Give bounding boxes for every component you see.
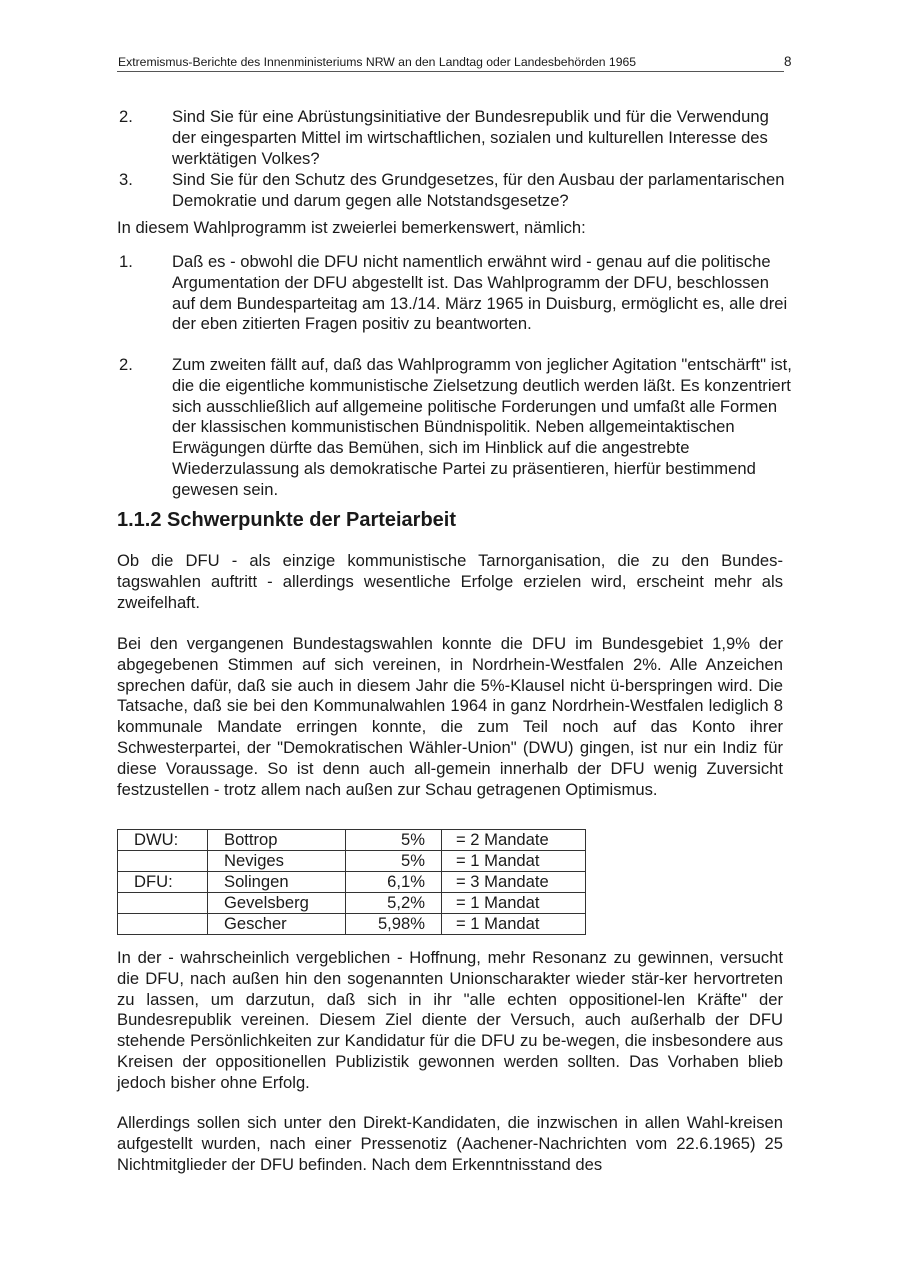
page-number: 8 (784, 54, 792, 69)
cell-percent: 6,1% (346, 872, 442, 893)
cell-mandates: = 1 Mandat (442, 914, 586, 935)
cell-mandates: = 1 Mandat (442, 893, 586, 914)
cell-percent: 5% (346, 851, 442, 872)
item-number: 2. (119, 355, 133, 376)
table-row: DFU:Solingen6,1%= 3 Mandate (118, 872, 586, 893)
cell-mandates: = 2 Mandate (442, 830, 586, 851)
cell-mandates: = 3 Mandate (442, 872, 586, 893)
page-header: Extremismus-Berichte des Innenministeriu… (117, 53, 784, 72)
item-text: Sind Sie für eine Abrüstungsinitiative d… (172, 107, 792, 169)
item-text: Daß es - obwohl die DFU nicht namentlich… (172, 252, 792, 335)
item-text: Zum zweiten fällt auf, daß das Wahlprogr… (172, 355, 792, 501)
table-row: Neviges5%= 1 Mandat (118, 851, 586, 872)
header-title: Extremismus-Berichte des Innenministeriu… (118, 55, 636, 69)
cell-mandates: = 1 Mandat (442, 851, 586, 872)
cell-percent: 5,98% (346, 914, 442, 935)
intro-paragraph: In diesem Wahlprogramm ist zweierlei bem… (117, 218, 783, 239)
cell-party: DWU: (118, 830, 208, 851)
paragraph: Ob die DFU - als einzige kommunistische … (117, 551, 783, 613)
cell-town: Gevelsberg (208, 893, 346, 914)
cell-town: Bottrop (208, 830, 346, 851)
paragraph: Bei den vergangenen Bundestagswahlen kon… (117, 634, 783, 800)
results-table: DWU:Bottrop5%= 2 MandateNeviges5%= 1 Man… (117, 829, 586, 935)
cell-town: Neviges (208, 851, 346, 872)
item-number: 2. (119, 107, 133, 128)
table-row: Gevelsberg5,2%= 1 Mandat (118, 893, 586, 914)
cell-town: Gescher (208, 914, 346, 935)
item-number: 1. (119, 252, 133, 273)
cell-percent: 5,2% (346, 893, 442, 914)
item-text: Sind Sie für den Schutz des Grundgesetze… (172, 170, 792, 212)
paragraph: Allerdings sollen sich unter den Direkt-… (117, 1113, 783, 1175)
cell-party (118, 851, 208, 872)
item-number: 3. (119, 170, 133, 191)
table-row: Gescher5,98%= 1 Mandat (118, 914, 586, 935)
cell-percent: 5% (346, 830, 442, 851)
paragraph: In der - wahrscheinlich vergeblichen - H… (117, 948, 783, 1094)
table-row: DWU:Bottrop5%= 2 Mandate (118, 830, 586, 851)
cell-party: DFU: (118, 872, 208, 893)
cell-party (118, 914, 208, 935)
section-heading: 1.1.2 Schwerpunkte der Parteiarbeit (117, 509, 456, 532)
cell-party (118, 893, 208, 914)
cell-town: Solingen (208, 872, 346, 893)
